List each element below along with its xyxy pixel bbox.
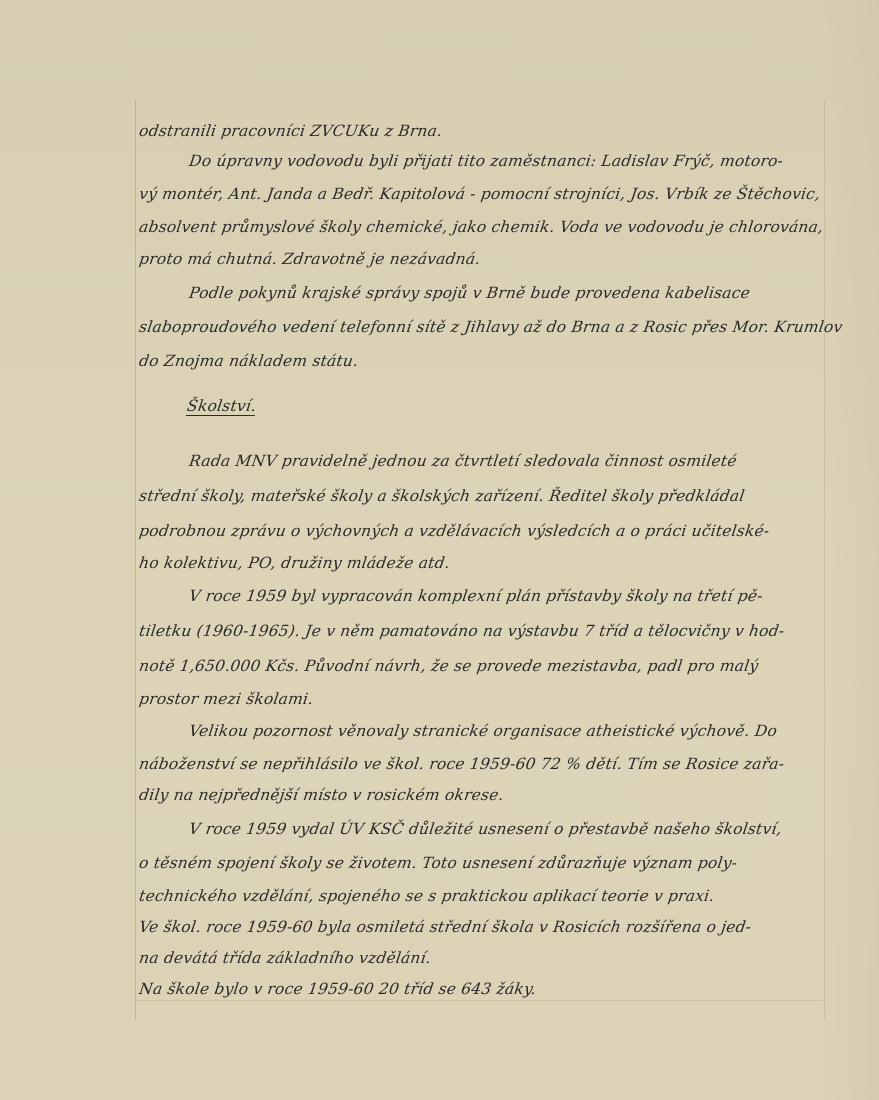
text-line: technického vzdělání, spojeného se s pra… xyxy=(138,887,716,905)
chronicle-page: odstranili pracovníci ZVCUKu z Brna. Do … xyxy=(0,0,879,1100)
page-ruled-bottom-line xyxy=(135,1000,823,1001)
text-line: proto má chutná. Zdravotně je nezávadná. xyxy=(138,250,482,268)
text-line: podrobnou zprávu o výchovných a vzděláva… xyxy=(138,522,771,540)
text-line: absolvent průmyslové školy chemické, jak… xyxy=(138,218,824,236)
text-line: Rada MNV pravidelně jednou za čtvrtletí … xyxy=(188,452,738,470)
text-line: Velikou pozornost věnovaly stranické org… xyxy=(188,722,778,740)
text-line: prostor mezi školami. xyxy=(138,690,315,708)
text-line: Do úpravny vodovodu byli přijati tito za… xyxy=(188,152,784,170)
text-line: do Znojma nákladem státu. xyxy=(138,352,360,370)
text-line: na devátá třída základního vzdělání. xyxy=(138,949,432,967)
text-line: notě 1,650.000 Kčs. Původní návrh, že se… xyxy=(138,657,760,675)
text-line: V roce 1959 byl vypracován komplexní plá… xyxy=(188,587,764,605)
text-line: slaboproudového vedení telefonní sítě z … xyxy=(138,318,844,336)
text-line: ho kolektivu, PO, družiny mládeže atd. xyxy=(138,554,451,572)
text-line: dily na nejpřednější místo v rosickém ok… xyxy=(138,786,505,804)
text-line: náboženství se nepřihlásilo ve škol. roc… xyxy=(138,755,786,773)
text-line: Podle pokynů krajské správy spojů v Brně… xyxy=(188,284,751,302)
text-line: střední školy, mateřské školy a školskýc… xyxy=(138,487,746,505)
section-heading-skolstvi: Školství. xyxy=(186,397,257,415)
text-line: tiletku (1960-1965). Je v něm pamatováno… xyxy=(138,622,786,640)
text-line: vý montér, Ant. Janda a Bedř. Kapitolová… xyxy=(138,185,822,203)
text-line: o těsném spojení školy se životem. Toto … xyxy=(138,854,738,872)
text-line: Ve škol. roce 1959-60 byla osmiletá stře… xyxy=(138,918,753,936)
text-line: Na škole bylo v roce 1959-60 20 tříd se … xyxy=(138,980,537,998)
text-line: odstranili pracovníci ZVCUKu z Brna. xyxy=(138,122,444,140)
text-line: V roce 1959 vydal ÚV KSČ důležité usnese… xyxy=(188,820,783,838)
